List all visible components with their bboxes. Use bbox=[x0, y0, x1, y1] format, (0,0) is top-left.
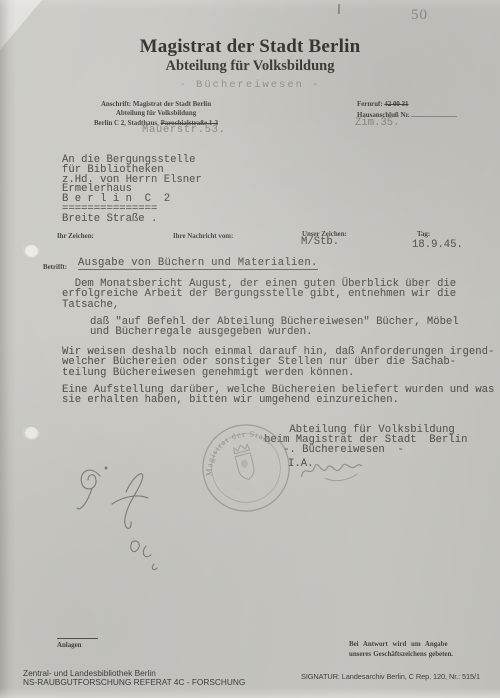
bottom-edge-highlight bbox=[0, 688, 500, 698]
our-reference-value: M/Stb. bbox=[301, 237, 339, 247]
sender-address-line2: Abteilung für Volksbildung bbox=[50, 109, 262, 118]
archive-provenance-label: Zentral- und Landesbibliothek Berlin NS-… bbox=[23, 669, 245, 688]
body-paragraph-3: Wir weisen deshalb noch einmal darauf hi… bbox=[62, 347, 494, 378]
subject-label: Betrifft: bbox=[43, 264, 67, 271]
recipient-address-block: An die Bergungsstelle für Bibliotheken z… bbox=[62, 156, 202, 225]
date-label: Tag: bbox=[417, 231, 430, 238]
phone-label: Fernruf: bbox=[357, 101, 384, 108]
archive-signature-label: SIGNATUR: Landesarchiv Berlin, C Rep. 12… bbox=[301, 672, 480, 681]
blank-rule bbox=[411, 110, 457, 117]
phone-number-struck: 42 00 31 bbox=[384, 101, 408, 108]
scan-mark bbox=[338, 4, 340, 14]
body-paragraph-4: Eine Aufstellung darüber, welche Büchere… bbox=[62, 385, 494, 406]
scanned-letter-page: 50 Magistrat der Stadt Berlin Abteilung … bbox=[0, 0, 500, 698]
body-paragraph-2: daß "auf Befehl der Abteilung Büchereiwe… bbox=[90, 317, 459, 338]
letterhead-title: Magistrat der Stadt Berlin bbox=[0, 36, 500, 58]
reply-note-line2: unseres Geschäftszeichens gebeten. bbox=[349, 650, 475, 660]
reply-note-line1: Bei Antwort wird um Angabe bbox=[349, 640, 475, 650]
date-value: 18.9.45. bbox=[412, 240, 463, 250]
handwritten-signature bbox=[298, 453, 365, 487]
your-message-label: Ihre Nachricht vom: bbox=[173, 233, 233, 240]
body-paragraph-1: Dem Monatsbericht August, der einen gute… bbox=[62, 279, 456, 310]
berlin-coat-of-arms-icon bbox=[233, 443, 257, 481]
typed-room-number: Zim.35. bbox=[355, 118, 400, 128]
pencil-initials bbox=[70, 456, 182, 578]
closing-block: Abteilung für Volksbildung beim Magistra… bbox=[264, 425, 467, 456]
left-edge-shadow bbox=[0, 0, 16, 698]
subject-text: Ausgabe von Büchern und Materialien. bbox=[78, 258, 318, 270]
reply-note: Bei Antwort wird um Angabe unseres Gesch… bbox=[349, 640, 475, 660]
letterhead-subtitle: Abteilung für Volksbildung bbox=[0, 58, 500, 75]
sender-address-line1: Anschrift: Magistrat der Stadt Berlin bbox=[50, 100, 262, 109]
phone-line: Fernruf: 42 00 31 bbox=[357, 100, 457, 110]
typed-new-street: Mauerstr.53. bbox=[142, 125, 226, 135]
attachments-label: Anlagen bbox=[57, 638, 98, 649]
punch-hole-bottom bbox=[24, 425, 39, 439]
your-reference-label: Ihr Zeichen: bbox=[57, 233, 94, 240]
punch-hole-top bbox=[24, 243, 39, 257]
folio-number: 50 bbox=[411, 7, 428, 24]
stamp-inner-ring bbox=[204, 426, 287, 509]
department-typed-line: - Büchereiwesen - bbox=[0, 79, 500, 91]
